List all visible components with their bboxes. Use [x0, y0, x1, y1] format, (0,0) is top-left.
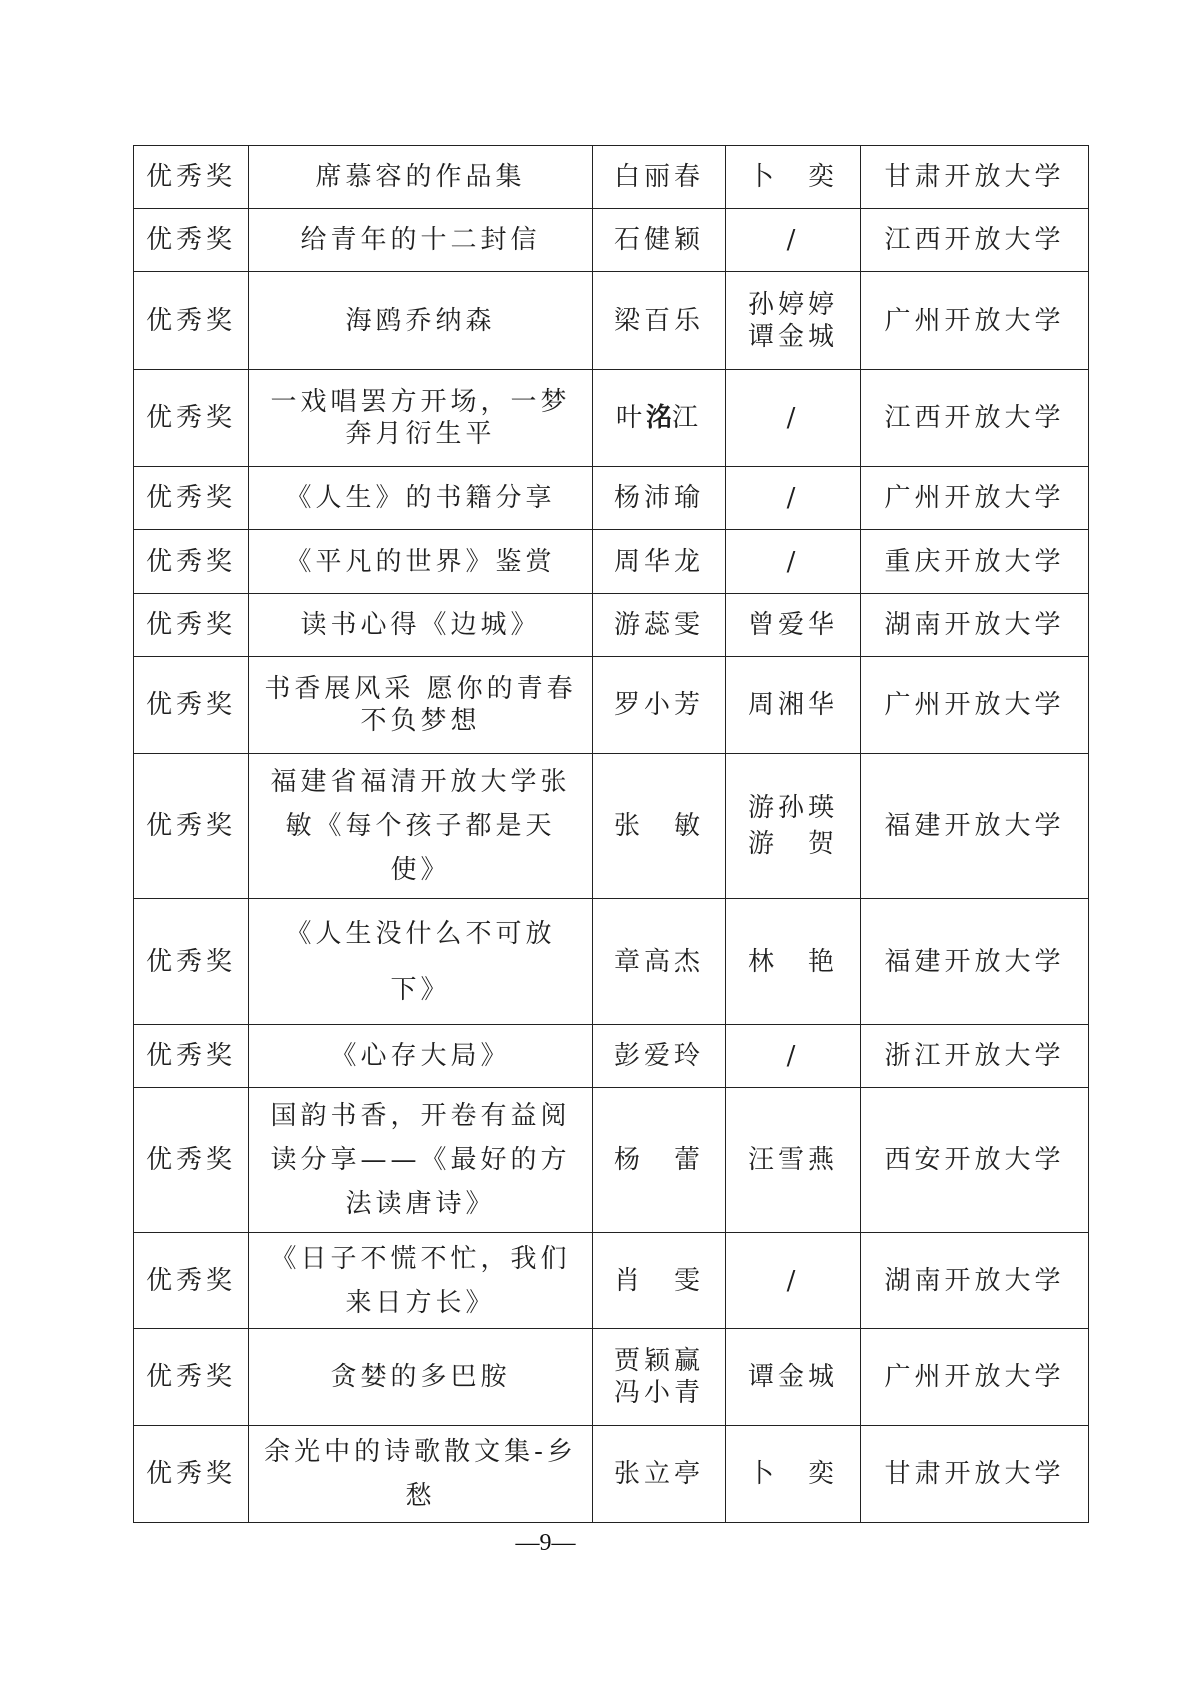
author-name: 周华龙 — [601, 546, 717, 578]
table-row: 优秀奖 贪婪的多巴胺 贾颖赢 冯小青 谭金城 广州开放大学 — [134, 1329, 1089, 1426]
work-title-line: 不负梦想 — [257, 705, 584, 737]
work-title-line: 福建省福清开放大学张 — [257, 760, 584, 804]
author-cell: 游蕊雯 — [593, 594, 726, 657]
advisor-name: / — [734, 482, 852, 514]
work-title-line: 《人生》的书籍分享 — [257, 482, 584, 514]
school-cell: 广州开放大学 — [861, 467, 1089, 530]
advisor-cell: 卜 奕 — [726, 1426, 861, 1523]
author-name: 彭爱玲 — [601, 1040, 717, 1072]
advisor-name: 卜 奕 — [734, 1458, 852, 1490]
advisor-name: / — [734, 402, 852, 434]
school-cell: 甘肃开放大学 — [861, 146, 1089, 209]
work-title-line: 来日方长》 — [257, 1281, 584, 1325]
school-cell: 湖南开放大学 — [861, 594, 1089, 657]
author-cell: 章高杰 — [593, 899, 726, 1025]
work-title-line: 《平凡的世界》鉴赏 — [257, 546, 584, 578]
author-cell: 石健颖 — [593, 209, 726, 272]
school-cell: 江西开放大学 — [861, 370, 1089, 467]
award-cell: 优秀奖 — [134, 1025, 249, 1088]
work-title-cell: 席慕容的作品集 — [249, 146, 593, 209]
school-cell: 甘肃开放大学 — [861, 1426, 1089, 1523]
author-name: 肖 雯 — [601, 1265, 717, 1297]
author-cell: 肖 雯 — [593, 1233, 726, 1329]
advisor-name: 林 艳 — [734, 946, 852, 978]
author-cell: 杨 蕾 — [593, 1088, 726, 1233]
work-title-line: 读书心得《边城》 — [257, 609, 584, 641]
work-title-line: 一戏唱罢方开场，一梦 — [257, 386, 584, 418]
advisor-name: 曾爱华 — [734, 609, 852, 641]
award-cell: 优秀奖 — [134, 899, 249, 1025]
author-name: 游蕊雯 — [601, 609, 717, 641]
author-name: 杨沛瑜 — [601, 482, 717, 514]
advisor-cell: / — [726, 1025, 861, 1088]
work-title-line: 余光中的诗歌散文集-乡 — [257, 1430, 584, 1474]
fallback-glyph: 洺 — [646, 403, 672, 433]
author-cell: 贾颖赢 冯小青 — [593, 1329, 726, 1426]
advisor-cell: / — [726, 1233, 861, 1329]
author-name: 罗小芳 — [601, 689, 717, 721]
table-row: 优秀奖 一戏唱罢方开场，一梦 奔月衍生平 叶洺江 / 江西开放大学 — [134, 370, 1089, 467]
advisor-name: / — [734, 1265, 852, 1297]
work-title-cell: 《人生》的书籍分享 — [249, 467, 593, 530]
table-row: 优秀奖 《人生没什么不可放 下》 章高杰 林 艳 福建开放大学 — [134, 899, 1089, 1025]
page-number: —9— — [0, 1530, 1191, 1557]
work-title-line: 愁 — [257, 1474, 584, 1518]
advisor-cell: / — [726, 530, 861, 594]
award-cell: 优秀奖 — [134, 1426, 249, 1523]
work-title-cell: 《平凡的世界》鉴赏 — [249, 530, 593, 594]
work-title-cell: 福建省福清开放大学张 敏《每个孩子都是天 使》 — [249, 754, 593, 899]
awards-table-body: 优秀奖 席慕容的作品集 白丽春 卜 奕 甘肃开放大学 优秀奖 给青年的十二封信 … — [134, 146, 1089, 1523]
school-cell: 浙江开放大学 — [861, 1025, 1089, 1088]
advisor-name: / — [734, 224, 852, 256]
school-cell: 广州开放大学 — [861, 272, 1089, 370]
award-cell: 优秀奖 — [134, 657, 249, 754]
awards-table: 优秀奖 席慕容的作品集 白丽春 卜 奕 甘肃开放大学 优秀奖 给青年的十二封信 … — [133, 145, 1089, 1523]
table-row: 优秀奖 《平凡的世界》鉴赏 周华龙 / 重庆开放大学 — [134, 530, 1089, 594]
work-title-cell: 海鸥乔纳森 — [249, 272, 593, 370]
school-cell: 西安开放大学 — [861, 1088, 1089, 1233]
advisor-cell: 曾爱华 — [726, 594, 861, 657]
document-page: 优秀奖 席慕容的作品集 白丽春 卜 奕 甘肃开放大学 优秀奖 给青年的十二封信 … — [0, 0, 1191, 1684]
award-cell: 优秀奖 — [134, 1233, 249, 1329]
school-cell: 福建开放大学 — [861, 899, 1089, 1025]
advisor-name: 谭金城 — [734, 321, 852, 353]
advisor-cell: / — [726, 370, 861, 467]
work-title-line: 《心存大局》 — [257, 1040, 584, 1072]
author-name: 张立亭 — [601, 1458, 717, 1490]
table-row: 优秀奖 《心存大局》 彭爱玲 / 浙江开放大学 — [134, 1025, 1089, 1088]
author-cell: 梁百乐 — [593, 272, 726, 370]
award-cell: 优秀奖 — [134, 754, 249, 899]
table-row: 优秀奖 《人生》的书籍分享 杨沛瑜 / 广州开放大学 — [134, 467, 1089, 530]
advisor-cell: 林 艳 — [726, 899, 861, 1025]
work-title-cell: 余光中的诗歌散文集-乡 愁 — [249, 1426, 593, 1523]
award-cell: 优秀奖 — [134, 594, 249, 657]
table-row: 优秀奖 读书心得《边城》 游蕊雯 曾爱华 湖南开放大学 — [134, 594, 1089, 657]
table-row: 优秀奖 书香展风采 愿你的青春 不负梦想 罗小芳 周湘华 广州开放大学 — [134, 657, 1089, 754]
advisor-name: / — [734, 546, 852, 578]
advisor-cell: / — [726, 209, 861, 272]
work-title-cell: 贪婪的多巴胺 — [249, 1329, 593, 1426]
author-cell: 罗小芳 — [593, 657, 726, 754]
work-title-line: 奔月衍生平 — [257, 418, 584, 450]
advisor-cell: 孙婷婷 谭金城 — [726, 272, 861, 370]
author-name: 章高杰 — [601, 946, 717, 978]
award-cell: 优秀奖 — [134, 467, 249, 530]
page-number-text: —9— — [516, 1530, 576, 1556]
work-title-cell: 一戏唱罢方开场，一梦 奔月衍生平 — [249, 370, 593, 467]
award-cell: 优秀奖 — [134, 209, 249, 272]
author-name: 石健颖 — [601, 224, 717, 256]
advisor-cell: / — [726, 467, 861, 530]
advisor-cell: 卜 奕 — [726, 146, 861, 209]
author-name: 白丽春 — [601, 161, 717, 193]
advisor-name: 游 贺 — [734, 826, 852, 862]
author-name: 张 敏 — [601, 810, 717, 842]
advisor-cell: 游孙瑛 游 贺 — [726, 754, 861, 899]
work-title-cell: 给青年的十二封信 — [249, 209, 593, 272]
work-title-line: 海鸥乔纳森 — [257, 305, 584, 337]
work-title-cell: 《日子不慌不忙，我们 来日方长》 — [249, 1233, 593, 1329]
award-cell: 优秀奖 — [134, 146, 249, 209]
advisor-cell: 谭金城 — [726, 1329, 861, 1426]
work-title-line: 法读唐诗》 — [257, 1182, 584, 1226]
table-row: 优秀奖 《日子不慌不忙，我们 来日方长》 肖 雯 / 湖南开放大学 — [134, 1233, 1089, 1329]
author-cell: 张 敏 — [593, 754, 726, 899]
work-title-line: 下》 — [257, 962, 584, 1018]
author-name: 杨 蕾 — [601, 1144, 717, 1176]
advisor-name: 游孙瑛 — [734, 790, 852, 826]
advisor-name: 卜 奕 — [734, 161, 852, 193]
author-cell: 叶洺江 — [593, 370, 726, 467]
author-cell: 杨沛瑜 — [593, 467, 726, 530]
award-cell: 优秀奖 — [134, 1329, 249, 1426]
advisor-name: 汪雪燕 — [734, 1144, 852, 1176]
table-row: 优秀奖 国韵书香，开卷有益阅 读分享——《最好的方 法读唐诗》 杨 蕾 汪雪燕 … — [134, 1088, 1089, 1233]
table-row: 优秀奖 海鸥乔纳森 梁百乐 孙婷婷 谭金城 广州开放大学 — [134, 272, 1089, 370]
work-title-cell: 书香展风采 愿你的青春 不负梦想 — [249, 657, 593, 754]
school-cell: 广州开放大学 — [861, 1329, 1089, 1426]
school-cell: 江西开放大学 — [861, 209, 1089, 272]
author-name: 贾颖赢 — [601, 1345, 717, 1377]
author-cell: 张立亭 — [593, 1426, 726, 1523]
work-title-line: 国韵书香，开卷有益阅 — [257, 1094, 584, 1138]
author-cell: 白丽春 — [593, 146, 726, 209]
advisor-name: 孙婷婷 — [734, 289, 852, 321]
author-cell: 彭爱玲 — [593, 1025, 726, 1088]
author-name: 梁百乐 — [601, 305, 717, 337]
work-title-line: 给青年的十二封信 — [257, 224, 584, 256]
work-title-line: 席慕容的作品集 — [257, 161, 584, 193]
table-row: 优秀奖 席慕容的作品集 白丽春 卜 奕 甘肃开放大学 — [134, 146, 1089, 209]
advisor-cell: 周湘华 — [726, 657, 861, 754]
work-title-line: 读分享——《最好的方 — [257, 1138, 584, 1182]
table-row: 优秀奖 余光中的诗歌散文集-乡 愁 张立亭 卜 奕 甘肃开放大学 — [134, 1426, 1089, 1523]
school-cell: 广州开放大学 — [861, 657, 1089, 754]
work-title-line: 《日子不慌不忙，我们 — [257, 1237, 584, 1281]
work-title-line: 敏《每个孩子都是天 — [257, 804, 584, 848]
work-title-line: 书香展风采 愿你的青春 — [257, 673, 584, 705]
work-title-line: 《人生没什么不可放 — [257, 906, 584, 962]
work-title-cell: 读书心得《边城》 — [249, 594, 593, 657]
school-cell: 重庆开放大学 — [861, 530, 1089, 594]
school-cell: 湖南开放大学 — [861, 1233, 1089, 1329]
table-row: 优秀奖 福建省福清开放大学张 敏《每个孩子都是天 使》 张 敏 游孙瑛 游 贺 … — [134, 754, 1089, 899]
school-cell: 福建开放大学 — [861, 754, 1089, 899]
work-title-cell: 《心存大局》 — [249, 1025, 593, 1088]
author-cell: 周华龙 — [593, 530, 726, 594]
work-title-line: 贪婪的多巴胺 — [257, 1361, 584, 1393]
work-title-cell: 《人生没什么不可放 下》 — [249, 899, 593, 1025]
work-title-line: 使》 — [257, 848, 584, 892]
author-name: 叶洺江 — [601, 402, 717, 434]
advisor-name: 周湘华 — [734, 689, 852, 721]
advisor-name: 谭金城 — [734, 1361, 852, 1393]
award-cell: 优秀奖 — [134, 370, 249, 467]
table-row: 优秀奖 给青年的十二封信 石健颖 / 江西开放大学 — [134, 209, 1089, 272]
advisor-name: / — [734, 1040, 852, 1072]
author-name: 冯小青 — [601, 1377, 717, 1409]
award-cell: 优秀奖 — [134, 1088, 249, 1233]
award-cell: 优秀奖 — [134, 272, 249, 370]
work-title-cell: 国韵书香，开卷有益阅 读分享——《最好的方 法读唐诗》 — [249, 1088, 593, 1233]
award-cell: 优秀奖 — [134, 530, 249, 594]
advisor-cell: 汪雪燕 — [726, 1088, 861, 1233]
